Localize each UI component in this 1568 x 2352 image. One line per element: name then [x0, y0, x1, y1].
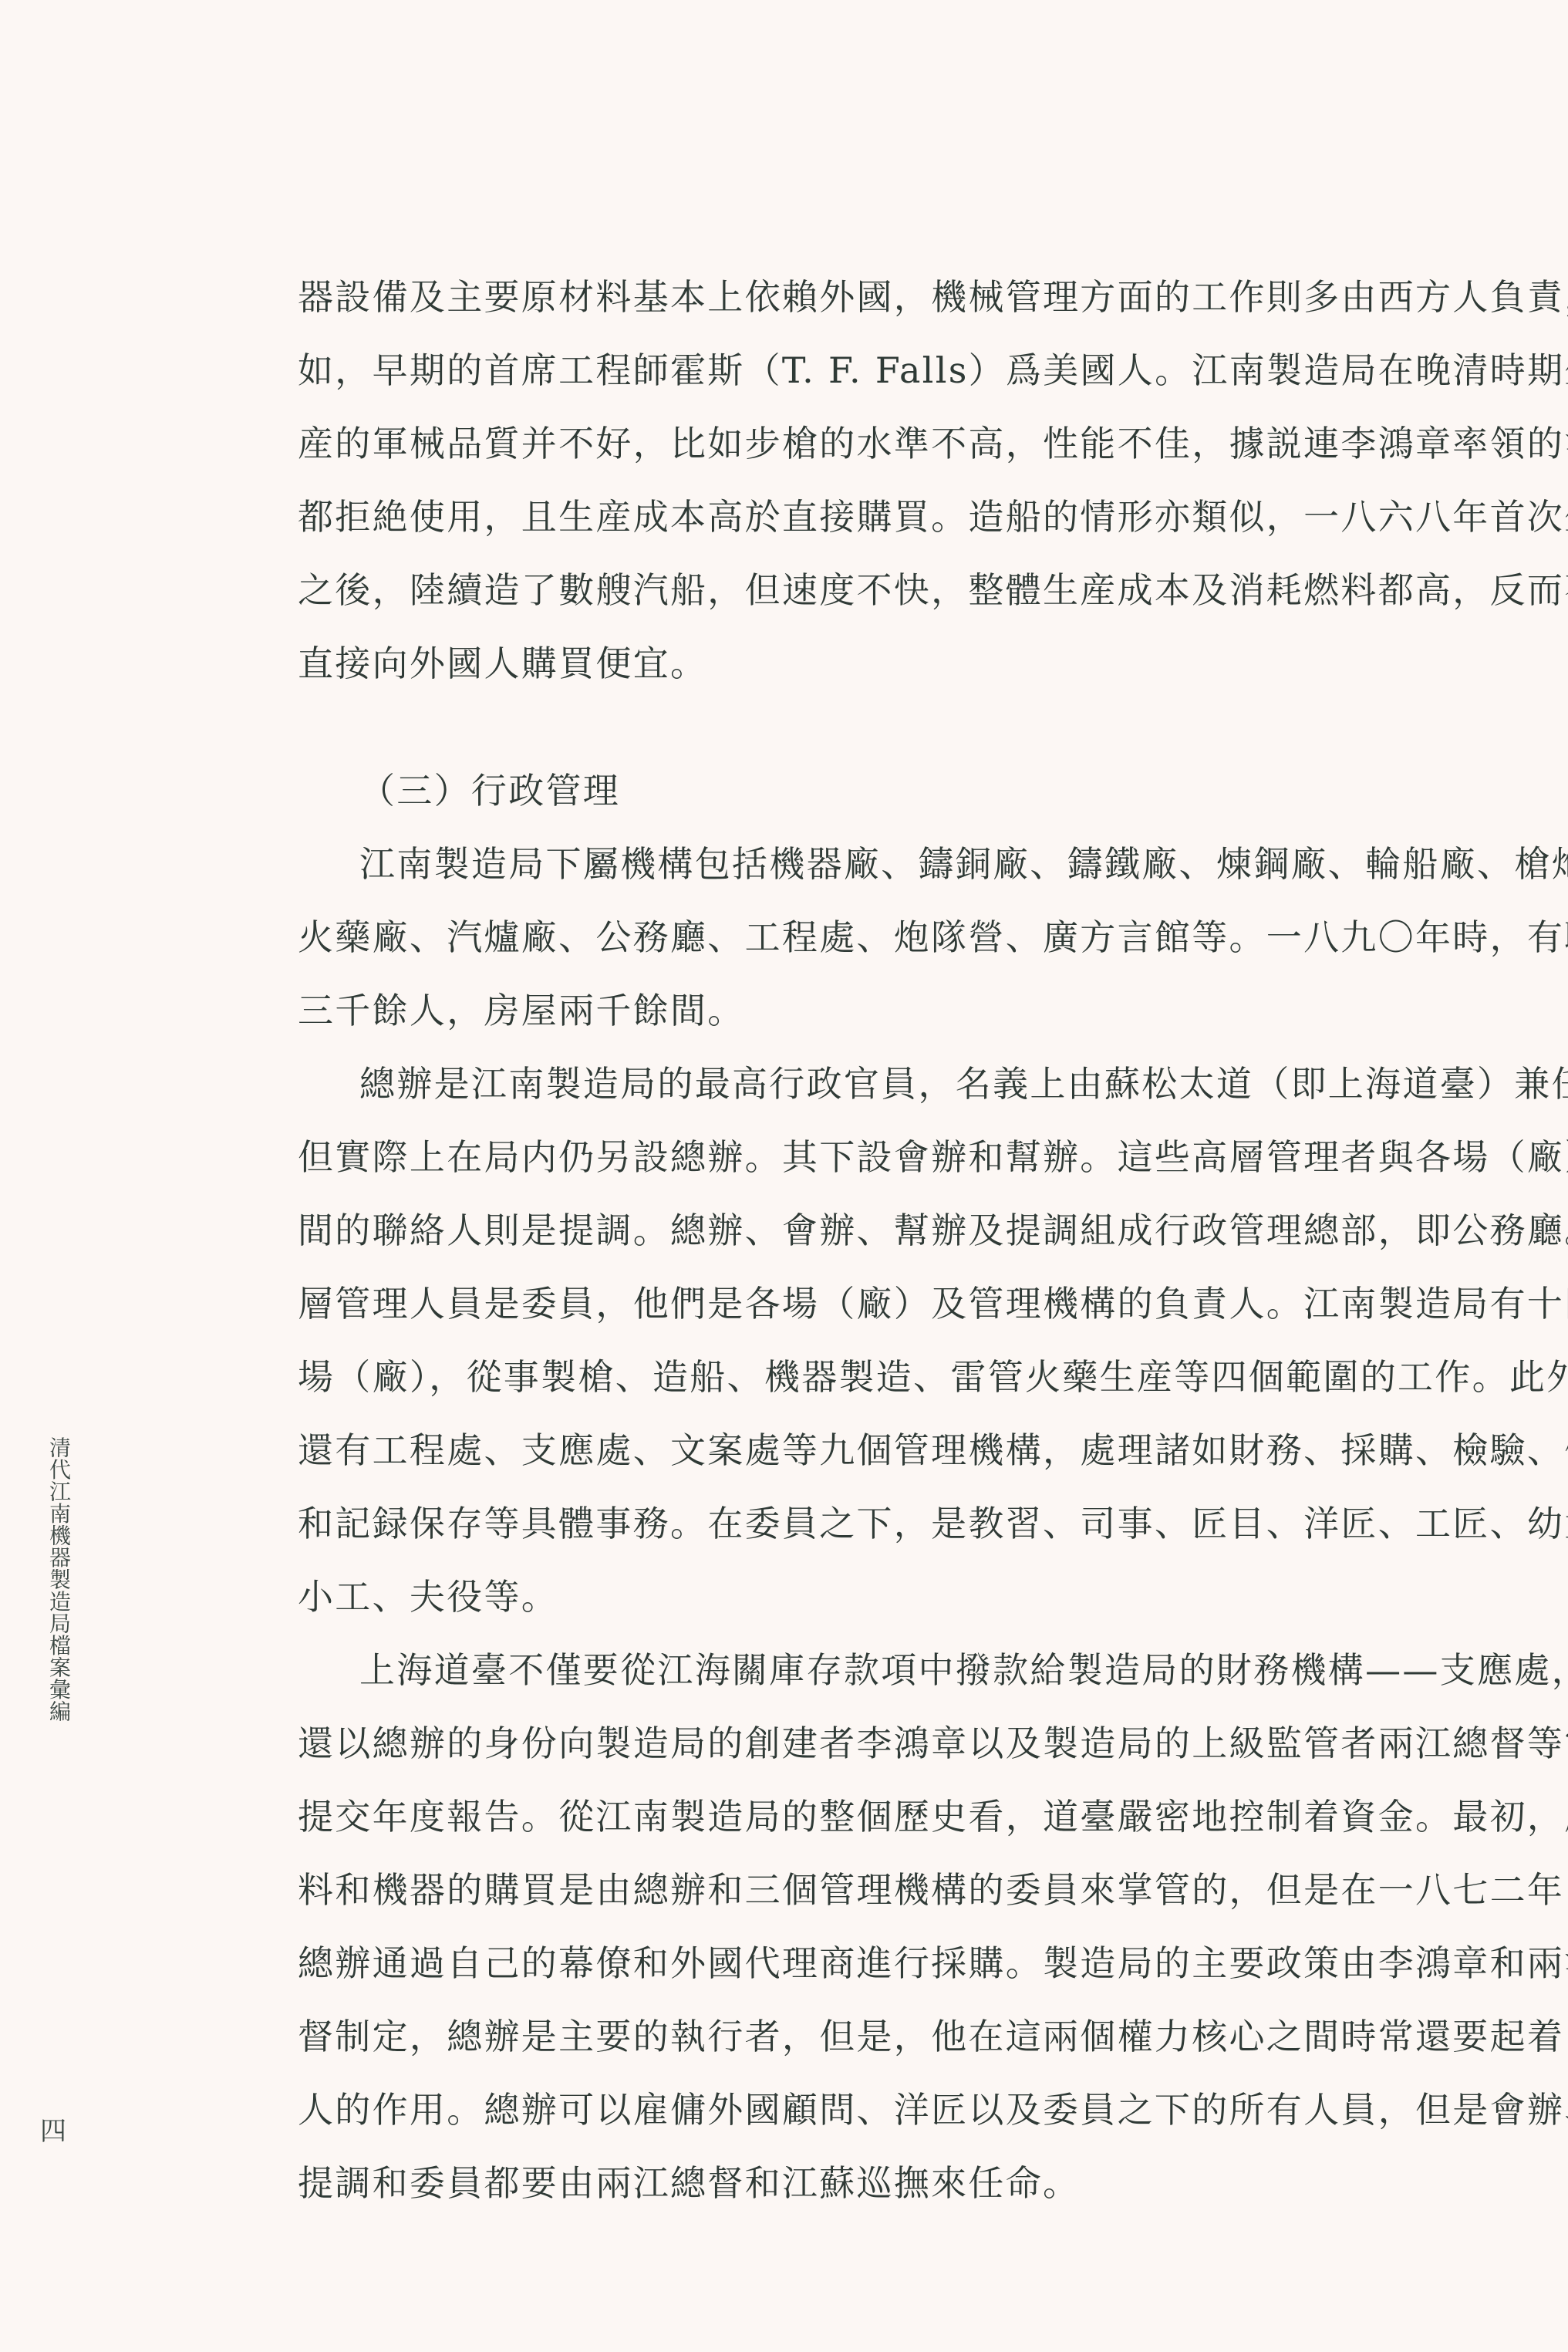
text-line: 還有工程處、支應處、文案處等九個管理機構，處理諸如財務、採購、檢驗、儲存: [298, 1414, 1462, 1487]
text-line: 小工、夫役等。: [298, 1561, 1462, 1634]
text-line: 間的聯絡人則是提調。總辦、會辦、幫辦及提調組成行政管理總部，即公務廳。中: [298, 1194, 1462, 1267]
text-line: 人的作用。總辦可以雇傭外國顧問、洋匠以及委員之下的所有人員，但是會辦、幫辦、: [298, 2074, 1462, 2147]
section-heading: （三）行政管理: [298, 754, 1462, 828]
text-line: 上海道臺不僅要從江海關庫存款項中撥款給製造局的財務機構——支應處，他: [298, 1634, 1462, 1707]
text-line: 火藥廠、汽爐廠、公務廳、工程處、炮隊營、廣方言館等。一八九〇年時，有職工: [298, 901, 1462, 974]
text-line: 之後，陸續造了數艘汽船，但速度不快，整體生産成本及消耗燃料都高，反而不如: [298, 554, 1462, 627]
text-line: 器設備及主要原材料基本上依賴外國，機械管理方面的工作則多由西方人負責，例: [298, 261, 1462, 334]
paragraph-1: 江南製造局下屬機構包括機器廠、鑄銅廠、鑄鐵廠、煉鋼廠、輪船廠、槍炮廠、 火藥廠、…: [298, 828, 1462, 1048]
running-title: 清代江南機器製造局檔案彙編: [40, 1436, 71, 1723]
text-line: 料和機器的購買是由總辦和三個管理機構的委員來掌管的，但是在一八七二年以後，: [298, 1854, 1462, 1927]
text-line: 總辦通過自己的幕僚和外國代理商進行採購。製造局的主要政策由李鴻章和兩江總: [298, 1927, 1462, 2000]
text-line: 江南製造局下屬機構包括機器廠、鑄銅廠、鑄鐵廠、煉鋼廠、輪船廠、槍炮廠、: [298, 828, 1462, 901]
text-line: 總辦是江南製造局的最高行政官員，名義上由蘇松太道（即上海道臺）兼任，: [298, 1048, 1462, 1121]
text-line: 提交年度報告。從江南製造局的整個歷史看，道臺嚴密地控制着資金。最初，原材: [298, 1780, 1462, 1854]
paragraph-continuation: 器設備及主要原材料基本上依賴外國，機械管理方面的工作則多由西方人負責，例 如，早…: [298, 261, 1462, 700]
text-line: 和記録保存等具體事務。在委員之下，是教習、司事、匠目、洋匠、工匠、幼童、: [298, 1487, 1462, 1561]
text-line: 層管理人員是委員，他們是各場（廠）及管理機構的負責人。江南製造局有十四個: [298, 1267, 1462, 1341]
text-line: 提調和委員都要由兩江總督和江蘇巡撫來任命。: [298, 2147, 1462, 2220]
body-text: 器設備及主要原材料基本上依賴外國，機械管理方面的工作則多由西方人負責，例 如，早…: [298, 261, 1462, 2220]
text-line: 場（廠），從事製槍、造船、機器製造、雷管火藥生産等四個範圍的工作。此外，: [298, 1341, 1462, 1414]
text-line: 督制定，總辦是主要的執行者，但是，他在這兩個權力核心之間時常還要起着中間: [298, 2000, 1462, 2074]
paragraph-2: 總辦是江南製造局的最高行政官員，名義上由蘇松太道（即上海道臺）兼任， 但實際上在…: [298, 1048, 1462, 1634]
paragraph-3: 上海道臺不僅要從江海關庫存款項中撥款給製造局的財務機構——支應處，他 還以總辦的…: [298, 1634, 1462, 2220]
text-line: 都拒絶使用，且生産成本高於直接購買。造船的情形亦類似，一八六八年首次生産: [298, 481, 1462, 554]
page-number: 四: [40, 2118, 66, 2144]
text-line: 産的軍械品質并不好，比如步槍的水準不高，性能不佳，據説連李鴻章率領的淮軍: [298, 407, 1462, 481]
text-line: 直接向外國人購買便宜。: [298, 627, 1462, 700]
text-line: 還以總辦的身份向製造局的創建者李鴻章以及製造局的上級監管者兩江總督等官員: [298, 1707, 1462, 1780]
section-spacer: [298, 700, 1462, 754]
text-line: 三千餘人，房屋兩千餘間。: [298, 974, 1462, 1048]
document-page: 器設備及主要原材料基本上依賴外國，機械管理方面的工作則多由西方人負責，例 如，早…: [0, 0, 1568, 2352]
text-line: 如，早期的首席工程師霍斯（T. F. Falls）爲美國人。江南製造局在晚清時期…: [298, 334, 1462, 407]
text-line: 但實際上在局内仍另設總辦。其下設會辦和幫辦。這些高層管理者與各場（廠）之: [298, 1121, 1462, 1194]
